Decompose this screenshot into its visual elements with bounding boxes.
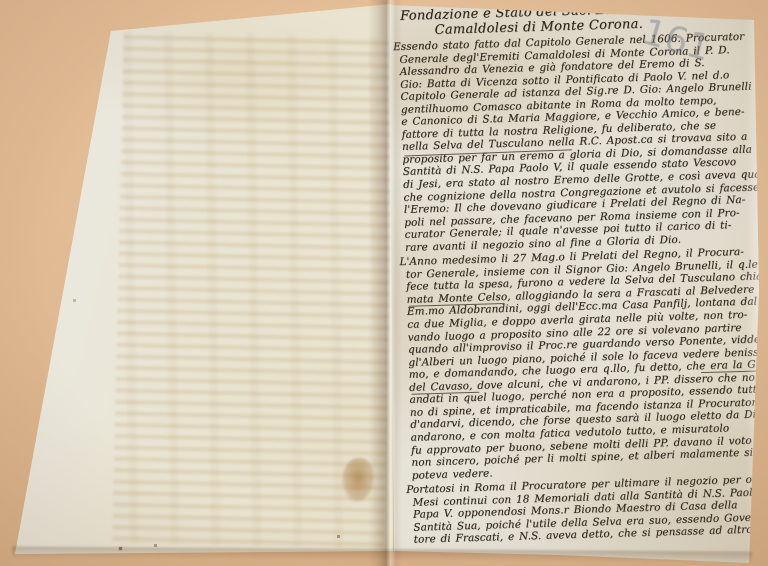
paper-specks [0,0,1,1]
manuscript-photo: S 2 N 161 Fondazione e Stato del Sac. Er… [0,0,768,566]
manuscript-text: Fondazione e Stato del Sac. Eremo di Fra… [398,0,768,547]
pencil-mark: S 2 N [42,23,79,36]
page-edge-highlight [8,30,112,555]
